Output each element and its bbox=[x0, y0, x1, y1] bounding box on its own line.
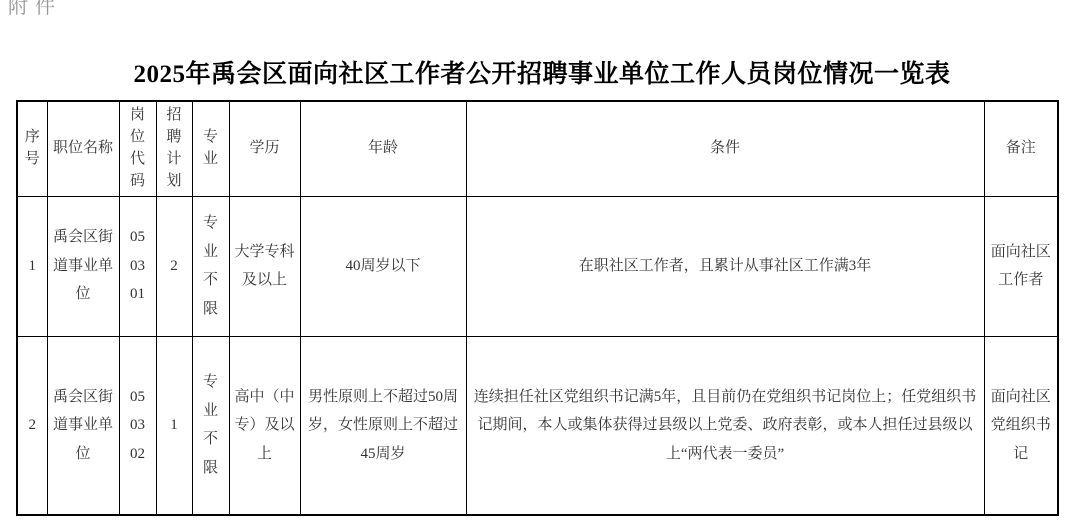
header-education: 学历 bbox=[229, 101, 300, 196]
header-plan: 招聘计划 bbox=[156, 101, 192, 196]
cell-education: 高中（中专）及以上 bbox=[229, 336, 300, 515]
cell-position: 禹会区街道事业单位 bbox=[47, 196, 119, 336]
header-remark: 备注 bbox=[984, 101, 1058, 196]
header-position: 职位名称 bbox=[47, 101, 119, 196]
table-header-row: 序号 职位名称 岗位代码 招聘计划 专业 学历 年龄 条件 备注 bbox=[17, 101, 1058, 196]
attachment-label: 附件 bbox=[8, 0, 62, 19]
header-code: 岗位代码 bbox=[119, 101, 156, 196]
cell-major: 专业不限 bbox=[192, 196, 229, 336]
cell-plan: 2 bbox=[156, 196, 192, 336]
cell-seq: 1 bbox=[17, 196, 47, 336]
header-seq: 序号 bbox=[17, 101, 47, 196]
cell-plan: 1 bbox=[156, 336, 192, 515]
table-row: 1 禹会区街道事业单位 05 03 01 2 专业不限 大学专科及以上 40周岁… bbox=[17, 196, 1058, 336]
cell-age: 男性原则上不超过50周岁，女性原则上不超过45周岁 bbox=[300, 336, 466, 515]
positions-table: 序号 职位名称 岗位代码 招聘计划 专业 学历 年龄 条件 备注 1 禹会区街道… bbox=[16, 100, 1059, 516]
cell-code: 05 03 02 bbox=[119, 336, 156, 515]
page-title: 2025年禹会区面向社区工作者公开招聘事业单位工作人员岗位情况一览表 bbox=[0, 54, 1084, 90]
cell-conditions: 在职社区工作者，且累计从事社区工作满3年 bbox=[466, 196, 984, 336]
cell-code: 05 03 01 bbox=[119, 196, 156, 336]
table-row: 2 禹会区街道事业单位 05 03 02 1 专业不限 高中（中专）及以上 男性… bbox=[17, 336, 1058, 515]
cell-position: 禹会区街道事业单位 bbox=[47, 336, 119, 515]
document-page: 附件 2025年禹会区面向社区工作者公开招聘事业单位工作人员岗位情况一览表 序号… bbox=[0, 0, 1084, 531]
header-conditions: 条件 bbox=[466, 101, 984, 196]
cell-seq: 2 bbox=[17, 336, 47, 515]
cell-major: 专业不限 bbox=[192, 336, 229, 515]
cell-remark: 面向社区党组织书记 bbox=[984, 336, 1058, 515]
cell-education: 大学专科及以上 bbox=[229, 196, 300, 336]
cell-age: 40周岁以下 bbox=[300, 196, 466, 336]
header-age: 年龄 bbox=[300, 101, 466, 196]
cell-remark: 面向社区工作者 bbox=[984, 196, 1058, 336]
cell-conditions: 连续担任社区党组织书记满5年，且目前仍在党组织书记岗位上；任党组织书记期间，本人… bbox=[466, 336, 984, 515]
header-major: 专业 bbox=[192, 101, 229, 196]
